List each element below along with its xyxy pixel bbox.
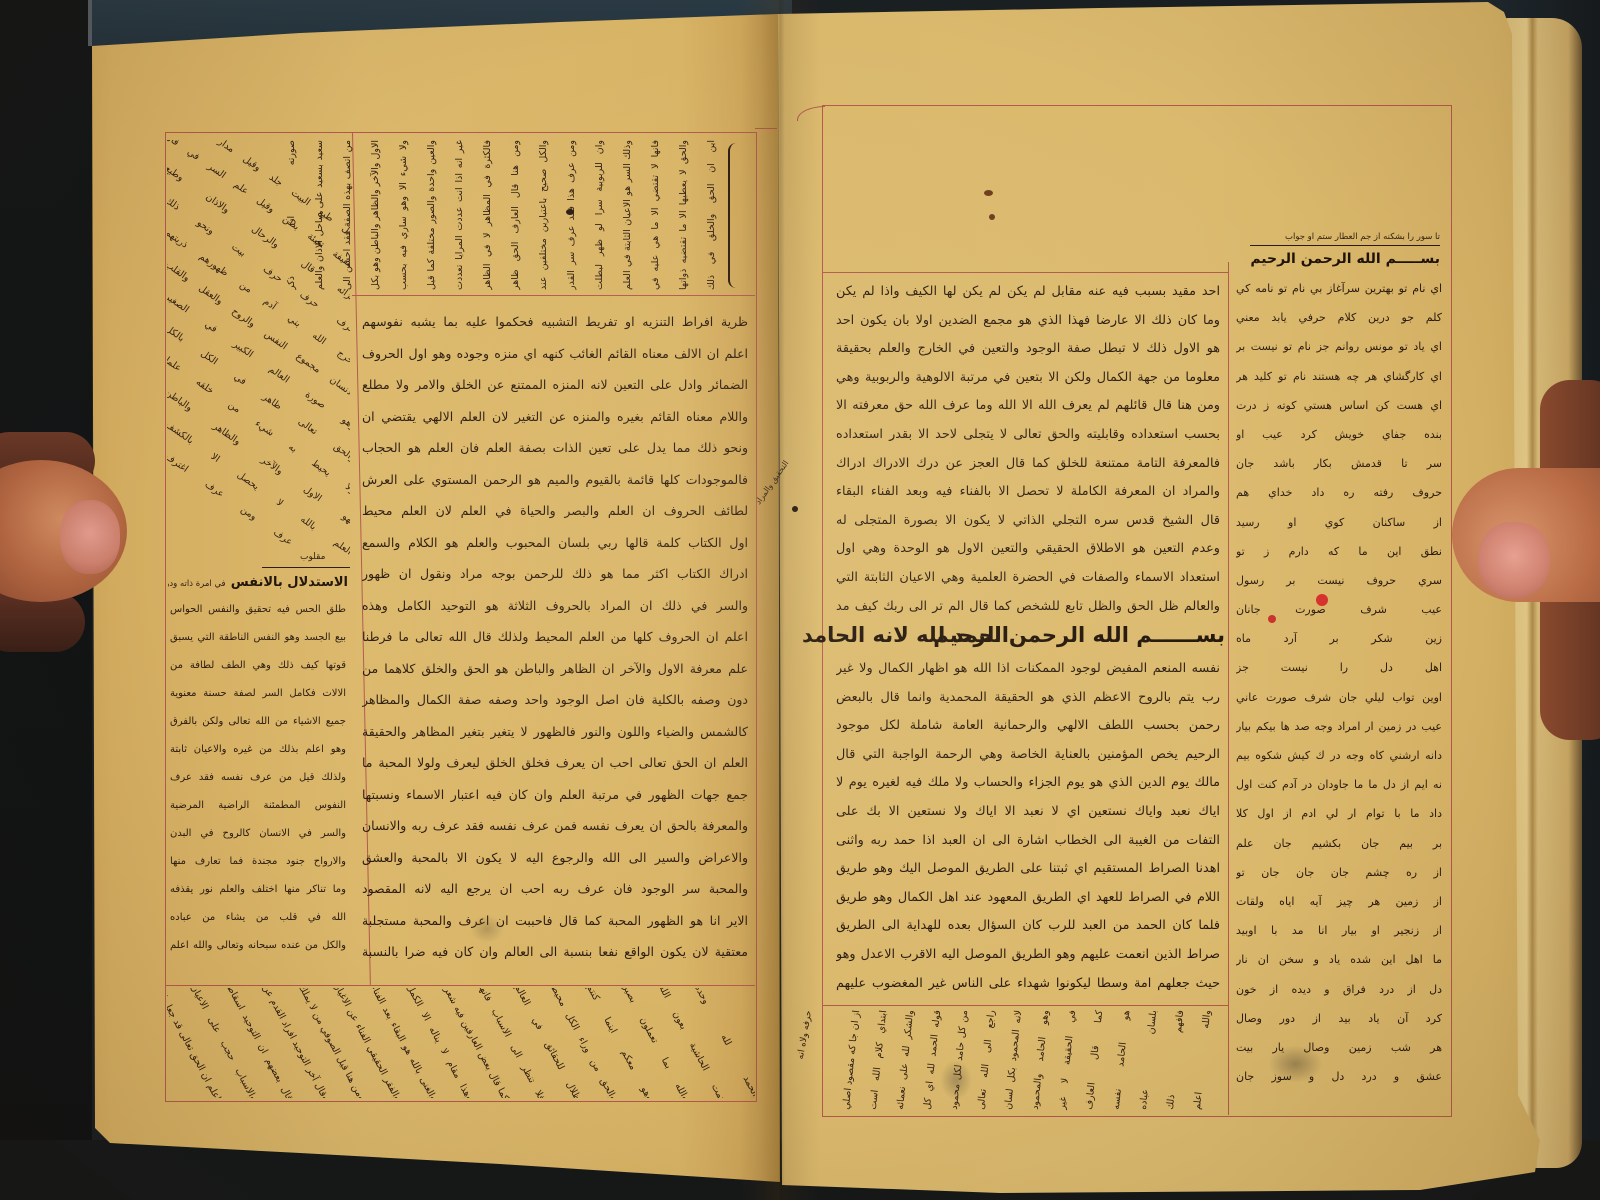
- margin-note-line: ولذلك قيل من عرف نفسه فقد عرف ربه والحق: [170, 764, 346, 792]
- right-main-text-bottom: نفسه المنعم المفيض لوجود الممكنات اذا ال…: [836, 655, 1220, 998]
- text-line: الضمائر وادل على التعين لانه المنزه المم…: [362, 369, 748, 401]
- verse-line: اي ياد تو مونس روانم جز نام تو نيست بر ز…: [1236, 332, 1442, 361]
- vertical-note: فالكثرة في المظاهر لا في الظاهر والوحدة …: [481, 140, 495, 290]
- text-line: العلم ان الحق تعالى احب ان يعرف فخلق الخ…: [362, 747, 748, 779]
- verse-line: اي هست كن اساس هستي كوته ز درت دراز دستي: [1236, 391, 1442, 420]
- ink-spot: [989, 214, 995, 220]
- vertical-note: ولا شيء الا وهو ساري فيه بحسب اسمائه وصف…: [397, 140, 411, 290]
- left-main-bottom-rule: [165, 985, 755, 986]
- diagonal-note: كما قال بعض العارفين فيه شعرا: [438, 988, 511, 1098]
- verse-line: از ساكنان كوي او رسيد: [1236, 508, 1442, 537]
- text-line: معتقية لان يكون الواقع نفعا بنسبة الى ال…: [362, 936, 748, 968]
- verse-line: عيب در زمين ار امراد وجه صد ها بيكم بيار: [1236, 712, 1442, 741]
- basmala-heading: بســــــم الله الرحمن الرحيم: [1040, 620, 1225, 650]
- diagonal-note: وهذا مقام لا يناله الا الكمل: [402, 988, 475, 1098]
- margin-note-line: طلق الحس فيه تحقيق والنفس الحواس عن افق …: [170, 596, 346, 624]
- text-line: والسر في ذلك ان المراد بالحروف الثلاثة ه…: [362, 590, 748, 622]
- text-line: هو الاول ذلك لا تبطل صفة الوجود والتعين …: [836, 335, 1220, 364]
- verse-line: از زنجير او بيار انا مد با اوبيد: [1236, 916, 1442, 945]
- text-line: وما كان ذلك الا عارضا فهذا الذي هو مجمع …: [836, 307, 1220, 336]
- left-bottom-diagonal-notes: اعلم ان الحق تعالى قد جعل لكل شيء سببا و…: [167, 988, 755, 1098]
- text-line: ونحو ذلك مما يدل على تعين الذات بصفة الع…: [362, 432, 748, 464]
- right-main-top-rule: [822, 272, 1228, 273]
- left-upper-diagonal-notes: قال طيع البيت جلد وقيل مدار قيل بالروح س…: [167, 140, 350, 555]
- vertical-note: وذلك السر هو الاعيان الثابتة في العلم ال…: [621, 140, 635, 290]
- vertical-note: ومن هنا قال العارف الحق ظاهر والخلق باطن…: [509, 140, 523, 290]
- diagonal-note: وهو معكم اينما كنتم: [582, 988, 655, 1098]
- right-thumbnail: [1478, 522, 1550, 598]
- verse-line: اوين تواب ليلي جان شرف صورت عاني رهم جز: [1236, 683, 1442, 712]
- text-line: فالموجودات كلها قائمة بالقيوم والميم هو …: [362, 464, 748, 496]
- verse-line: دانه ارشني كاه وجه در ك كيش شكوه بيم: [1236, 741, 1442, 770]
- right-main-bottom-rule: [822, 1005, 1228, 1006]
- text-line: ومن هنا قال قائلهم لم يعرف الله الا الله…: [836, 392, 1220, 421]
- verse-line: زين شكر بر آرد ماه: [1236, 624, 1442, 653]
- text-line: التفات من الغيبة الى الخطاب اشارة الى ان…: [836, 827, 1220, 856]
- margin-note-line: والسر في الانسان كالروح في البدن سواء: [170, 820, 346, 848]
- text-line: والمراد ان المعرفة الكاملة لا تحصل الا ب…: [836, 478, 1220, 507]
- text-line: نفسه المنعم المفيض لوجود الممكنات اذا ال…: [836, 655, 1220, 684]
- vertical-note: از ان جا كه مقصود اصلي: [840, 1010, 864, 1111]
- margin-note-line: جميع الاشياء من الله تعالى ولكن بالفرق و…: [170, 708, 346, 736]
- verse-line: اهل دل را نيست جز: [1236, 653, 1442, 682]
- verse-line: اي نام تو بهترين سرآغاز بي نام تو نامه ك…: [1236, 274, 1442, 303]
- right-margin-column: اي نام تو بهترين سرآغاز بي نام تو نامه ك…: [1236, 274, 1442, 1091]
- vertical-note: فانها لا تقتضي الا ما هي عليه في انفسها: [649, 140, 663, 290]
- text-line: والمحبة سر الوجود فان عرف ربه احب ان يرج…: [362, 873, 748, 905]
- margin-heading-note: مقلوب: [300, 552, 325, 562]
- vertical-note: والعين واحدة والصور مختلفة كما قيل وما ا…: [425, 140, 439, 290]
- hamd-heading: الحمد لله لانه الحامد: [834, 620, 1009, 650]
- verse-line: داد ما با توام ار لي ادم از اول كلا: [1236, 799, 1442, 828]
- ink-spot: [984, 190, 993, 196]
- margin-heading-tail: في امرة ذاته ودرتي شخصه وهو: [168, 579, 226, 589]
- diagonal-note: ظلال للحقائق في العالم: [510, 988, 583, 1098]
- verse-line: سري حروف نيست بر رسول: [1236, 566, 1442, 595]
- text-line: اعلم ان الالف معناه القائم الغائب كنهه ا…: [362, 338, 748, 370]
- ink-spot: [566, 209, 574, 215]
- left-margin-notes: طلق الحس فيه تحقيق والنفس الحواس عن افق …: [170, 596, 346, 960]
- vertical-note: والكل صحيح باعتبارين مختلفين عند اهل الت…: [537, 140, 551, 290]
- text-line: والعالم ظل الحق والظل تابع للشخص كما قال…: [836, 593, 1220, 622]
- verse-line: عيب شرف صورت جانان: [1236, 595, 1442, 624]
- diagonal-note: والغنى بالله هو البقاء بعد الفناء: [366, 988, 439, 1098]
- vertical-note: قوله الحمد لله اي كل حمد: [921, 1010, 945, 1111]
- margin-note-line: والارواح جنود مجندة فما تعارف منها ائتلف: [170, 848, 346, 876]
- verse-line: عشق و درد دل و سوز جان: [1236, 1062, 1442, 1091]
- column-note: تا سور را بشكنه از جم العطار ستم او جواب: [1240, 232, 1440, 242]
- text-line: والاعراض والسير الى الله والرجوع اليه لا…: [362, 842, 748, 874]
- text-line: استعداد الاسماء والصفات في الحضرة العلمي…: [836, 564, 1220, 593]
- vertical-note: بلسان عباده: [1137, 1010, 1161, 1111]
- verse-line: نطق اين ما كه دارم ز تو: [1236, 537, 1442, 566]
- vertical-note: راجع الى الله تعالى: [975, 1010, 999, 1111]
- vertical-note: الاول والآخر والظاهر والباطن وهو بكل شيء…: [369, 140, 383, 290]
- margin-heading: الاستدلال بالانفس: [231, 575, 348, 590]
- left-main-text: ظرية افراط التنزيه او تفريط التشبيه فحكم…: [362, 306, 748, 968]
- rubric-dot: [1268, 615, 1276, 623]
- text-line: رب يتم بالروح الاعظم الذي هو الحقيقة الم…: [836, 684, 1220, 713]
- section-bracket-icon: [728, 143, 740, 288]
- verse-line: اي كارگشاي هر چه هستند نام تو كليد هر چه…: [1236, 362, 1442, 391]
- text-line: لطائف الحروف ان العلم والبصر والحياة في …: [362, 495, 748, 527]
- margin-note-line: وهو اعلم بذلك من غيره والاعيان ثابتة في …: [170, 736, 346, 764]
- column-heading: بســـــم الله الرحمن الرحيم: [1236, 246, 1440, 272]
- gutter-shadow: [740, 0, 820, 1200]
- verse-line: نه ايم از دل ما ما جاودان در آدم كنت اول: [1236, 770, 1442, 799]
- text-line: علم معرفة الاول والآخر ان الظاهر والباطن…: [362, 653, 748, 685]
- vertical-note: كما قال العارف: [1083, 1010, 1107, 1111]
- text-line: رحمن بحسب اللطف الالهي والرحمانية العامة…: [836, 712, 1220, 741]
- text-line: اهدنا الصراط المستقيم اي ثبتنا على الطري…: [836, 855, 1220, 884]
- vertical-note: وهو الحامد والمحمود: [1029, 1010, 1053, 1111]
- text-line: اياك نعبد واياك نستعين اي لا نعبد الا اي…: [836, 798, 1220, 827]
- text-line: الرحيم يخص المؤمنين بالعناية الخاصة وهي …: [836, 741, 1220, 770]
- verse-line: از ره چشم جان جان جان تو: [1236, 858, 1442, 887]
- right-main-text-top: احد مقيد بسبب فيه عنه مقابل لم يكن لم يك…: [836, 278, 1220, 621]
- vertical-note: والحق لا يعطيها الا ما تقتضيه ذواتها: [677, 140, 691, 290]
- verse-line: از زمين هر چيز آيه اياه ولقات: [1236, 887, 1442, 916]
- margin-note-line: والكل من عنده سبحانه وتعالى والله اعلم: [170, 932, 346, 960]
- gutter-ink-spot: [792, 506, 798, 512]
- vertical-note: والشكر لله على نعمائه: [894, 1010, 918, 1111]
- verse-line: سر تا قدمش بكار باشد جان: [1236, 449, 1442, 478]
- margin-note-line: قوتها كيف ذلك وهي الطف لطافة من السر وال…: [170, 652, 346, 680]
- text-line: اللام في الصراط للعهد اي الطريق المعهود …: [836, 884, 1220, 913]
- margin-note-line: النفوس المطمئنة الراضية المرضية الكاملة: [170, 792, 346, 820]
- diagonal-note: وقال آخر التوحيد افراد القدم عن الحدث: [258, 988, 331, 1098]
- text-line: دون وصفه بالكلية فان اصل الوجود واحد وصف…: [362, 684, 748, 716]
- margin-note-line: الالات فكامل السر لصفة حسنة معنوية ولانه…: [170, 680, 346, 708]
- text-line: معلوما من جهة الكمال ولكن الا بتعين في م…: [836, 364, 1220, 393]
- smudge: [470, 915, 504, 943]
- heading-overline: [262, 567, 350, 568]
- text-line: فالمعرفة التامة ممتنعة للخلق كما قال الع…: [836, 450, 1220, 479]
- rubric-dot: [1316, 594, 1328, 606]
- text-line: وعدم التعين هو الاطلاق الحقيقي والتعين ا…: [836, 535, 1220, 564]
- verse-line: حروف رفته ره داد خداي هم: [1236, 478, 1442, 507]
- vertical-note: هو الحامد نفسه: [1110, 1010, 1134, 1111]
- text-line: احد مقيد بسبب فيه عنه مقابل لم يكن لم يك…: [836, 278, 1220, 307]
- text-line: قال الشيخ قدس سره التجلي الذاتي لا يكون …: [836, 507, 1220, 536]
- diagonal-note: والفقر الحقيقي الفناء عن الاغيار: [330, 988, 403, 1098]
- text-line: مالك يوم الدين الذي هو يوم الجزاء والحسا…: [836, 769, 1220, 798]
- vertical-note: والله اعلم: [1191, 1010, 1215, 1111]
- verse-line: كلم جو درين كلام حرفي يابد معني: [1236, 303, 1442, 332]
- left-page: صورته ان ذكر سعيد بسعيد على ساحل الاذان …: [0, 0, 800, 1200]
- vertical-note: ابتداي كلام الله است: [867, 1010, 891, 1111]
- smudge: [940, 1060, 972, 1100]
- vertical-note: وان للربوبية سرا لو ظهر لبطلت الربوبية: [593, 140, 607, 290]
- diagonal-note: فلا تنظر الى الاسباب فانها: [474, 988, 547, 1098]
- vertical-note: ومن عرف هذا فقد عرف سر القدر وسر الربوبي…: [565, 140, 579, 290]
- text-line: الاير انا هو الظهور المحبة كما قال فاحبب…: [362, 905, 748, 937]
- margin-heading-line: الاستدلال بالانفس في امرة ذاته ودرتي شخص…: [168, 570, 348, 596]
- diagonal-note: والله بما تعملون بصير: [618, 988, 691, 1098]
- text-line: بحسب استعداده وقابليته والحق تعالى لا يت…: [836, 421, 1220, 450]
- text-line: اعلم ان الحروف كلها من العلم المحيط ولذل…: [362, 621, 748, 653]
- smudge: [1268, 1045, 1323, 1083]
- vertical-note: في الحقيقة لا غير: [1056, 1010, 1080, 1111]
- text-line: ادراك الكتاب اكثر مما هو ذلك للرحمن بوجه…: [362, 558, 748, 590]
- verse-line: ما اهل اين شده ياد و سخن ان نار: [1236, 945, 1442, 974]
- margin-note-line: بيع الجسد وهو النفس الناطقة التي يسبق به…: [170, 624, 346, 652]
- text-line: ظرية افراط التنزيه او تفريط التشبيه فحكم…: [362, 306, 748, 338]
- diagonal-note: والحق من وراء الكل محيط: [546, 988, 619, 1098]
- diagonal-note: ومن هنا قيل الصوفي من لا يملك ولا يملك: [294, 988, 367, 1098]
- verse-line: هر شب زمين وصال يار بيت: [1236, 1033, 1442, 1062]
- text-line: اول الكتاب كلمة قالها ربي بلسان المحبوب …: [362, 527, 748, 559]
- text-line: حيث جعلهم امة وسطا ليكونوا شهداء على الن…: [836, 970, 1220, 999]
- verse-line: كرد آن ياد بيد از دور وصال: [1236, 1004, 1442, 1033]
- left-top-vertical-notes: صورته ان ذكر سعيد بسعيد على ساحل الاذان …: [280, 135, 755, 295]
- text-line: صراط الذين انعمت عليهم وهو الطريق الموصل…: [836, 941, 1220, 970]
- vertical-note: فافهم ذلك: [1164, 1010, 1188, 1111]
- text-line: جمع جهات الظهور في مرتبة العلم وان كان ف…: [362, 779, 748, 811]
- text-line: واللام معناه القائم بغيره والمنزه عن الت…: [362, 401, 748, 433]
- verse-line: دل از درد فراق و ديده از خون: [1236, 975, 1442, 1004]
- diagonal-note: قال بعضهم ان التوحيد اسقاط الاضافات: [222, 988, 295, 1098]
- cover-edge: [88, 0, 92, 46]
- verse-line: بر بيم جان بكشيم جان علم: [1236, 829, 1442, 858]
- right-column-rule: [1228, 262, 1229, 1115]
- vertical-note: لانه المحمود بكل لسان: [1002, 1010, 1026, 1111]
- diagonal-note: والاسباب حجب على الاعيان والعلم بها: [186, 988, 259, 1098]
- text-line: والمعرفة بالحق ان يعرف نفسه فمن عرف نفسه…: [362, 810, 748, 842]
- vertical-note: غير انه اذا انت عددت المرايا تعددت الوجو…: [453, 140, 467, 290]
- diagonal-note: تمت الحاشية بعون الله: [654, 988, 727, 1098]
- left-main-top-rule: [352, 295, 755, 296]
- margin-note-line: الله في قلب من يشاء من عباده الصالحين: [170, 904, 346, 932]
- right-bottom-vertical-notes: از ان جا كه مقصود اصلي ابتداي كلام الله …: [838, 1008, 1228, 1112]
- text-line: كالشمس والضياء واللون والنور فالظهور لا …: [362, 716, 748, 748]
- text-line: فلما كان الحمد من العبد للرب كان السؤال …: [836, 912, 1220, 941]
- left-thumbnail: [60, 500, 120, 574]
- verse-line: بنده جفاي خويش كرد عيب او: [1236, 420, 1442, 449]
- margin-note-line: وما تناكر منها اختلف والعلم نور يقذفه: [170, 876, 346, 904]
- vertical-note: اين ان الحق والخلق في ذلك: [705, 140, 719, 290]
